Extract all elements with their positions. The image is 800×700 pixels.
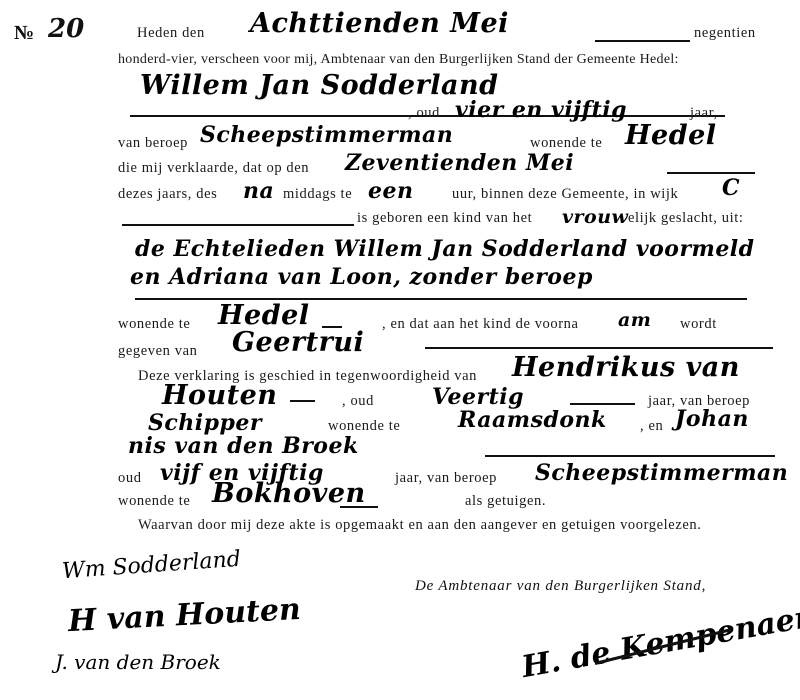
handwritten-age-declarant: vier en vijftig xyxy=(455,97,627,123)
text-geslacht: elijk geslacht, uit: xyxy=(628,210,744,227)
signature-declarant: Wm Sodderland xyxy=(61,547,241,584)
fill-line xyxy=(425,347,773,349)
text-wonende-te-witness2: wonende te xyxy=(118,493,190,510)
text-is-geboren: is geboren een kind van het xyxy=(357,210,532,227)
handwritten-parents-line2: en Adriana van Loon, zonder beroep xyxy=(130,264,593,290)
birth-certificate-scan: № 20 Heden den Achttienden Mei negentien… xyxy=(0,0,800,700)
handwritten-date: Achttienden Mei xyxy=(250,8,509,39)
handwritten-witness2-name-a: Johan xyxy=(675,406,749,432)
text-intro: honderd-vier, verscheen voor mij, Ambten… xyxy=(118,52,679,68)
handwritten-residence-witness2: Bokhoven xyxy=(212,478,366,509)
handwritten-occupation-declarant: Scheepstimmerman xyxy=(200,122,453,148)
text-van-beroep: van beroep xyxy=(118,135,188,152)
signature-witness2: J. van den Broek xyxy=(55,650,221,674)
handwritten-witness2-name-b: nis van den Broek xyxy=(128,433,359,459)
text-wordt: wordt xyxy=(680,316,717,333)
text-oud-witness2: oud xyxy=(118,470,142,487)
handwritten-wijk: C xyxy=(722,175,740,201)
text-closing: Waarvan door mij deze akte is opgemaakt … xyxy=(138,517,702,534)
handwritten-occupation-witness2: Scheepstimmerman xyxy=(535,460,788,486)
fill-line xyxy=(485,455,775,457)
text-dezes-jaars: dezes jaars, des xyxy=(118,186,217,203)
handwritten-na: na xyxy=(243,178,274,204)
text-voornaam: , en dat aan het kind de voorna xyxy=(382,316,579,333)
text-middags-te: middags te xyxy=(283,186,352,203)
handwritten-sex: vrouw xyxy=(562,206,628,228)
handwritten-am: am xyxy=(618,309,651,331)
handwritten-witness1-name-a: Hendrikus van xyxy=(512,352,740,383)
handwritten-residence-declarant: Hedel xyxy=(625,120,717,151)
text-oud-witness1: , oud xyxy=(342,393,374,410)
text-jaar-van-beroep-witness2: jaar, van beroep xyxy=(395,470,497,487)
handwritten-child-name: Geertrui xyxy=(232,327,364,358)
text-gegeven-van: gegeven van xyxy=(118,343,197,360)
handwritten-residence-witness1: Raamsdonk xyxy=(458,407,607,433)
fill-line xyxy=(122,224,354,226)
handwritten-birth-date: Zeventienden Mei xyxy=(345,150,574,176)
fill-line xyxy=(595,40,690,42)
text-heden-den: Heden den xyxy=(137,25,205,42)
text-wonende-te-parents: wonende te xyxy=(118,316,190,333)
handwritten-declarant-name: Willem Jan Sodderland xyxy=(140,70,499,101)
text-uur-binnen: uur, binnen deze Gemeente, in wijk xyxy=(452,186,678,203)
handwritten-witness1-name-b: Houten xyxy=(162,380,277,411)
fill-line xyxy=(570,403,635,405)
signature-official: H. de Kempenaer xyxy=(519,600,800,685)
record-number-label: № xyxy=(14,22,34,45)
text-en: , en xyxy=(640,418,663,435)
text-verklaarde: die mij verklaarde, dat op den xyxy=(118,160,309,177)
fill-line xyxy=(667,172,755,174)
signature-witness1: H van Houten xyxy=(67,592,301,639)
text-negentien: negentien xyxy=(694,25,756,42)
official-title: De Ambtenaar van den Burgerlijken Stand, xyxy=(415,578,706,595)
handwritten-hour: een xyxy=(368,178,414,204)
fill-line xyxy=(340,506,378,508)
record-number: 20 xyxy=(48,14,84,44)
text-als-getuigen: als getuigen. xyxy=(465,493,546,510)
fill-line xyxy=(290,400,315,402)
text-oud: , oud xyxy=(408,105,440,122)
handwritten-parents-line1: de Echtelieden Willem Jan Sodderland voo… xyxy=(135,236,755,262)
